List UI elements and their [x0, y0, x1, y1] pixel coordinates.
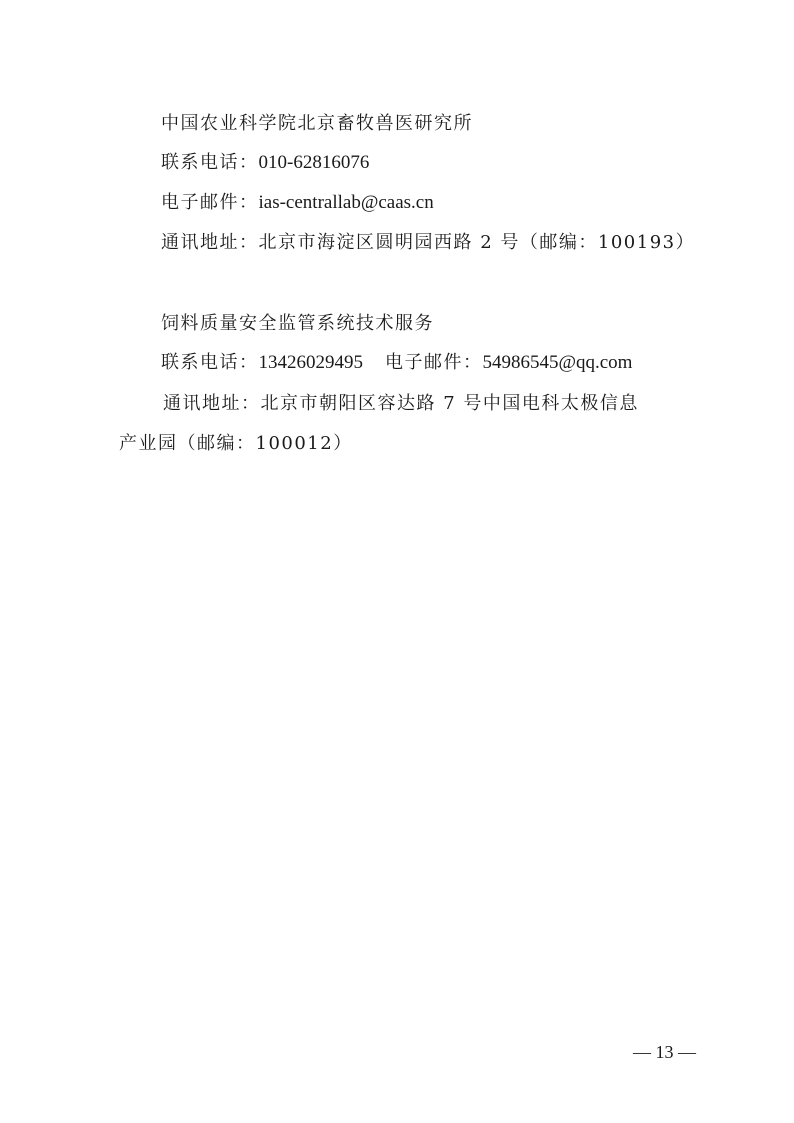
page-number: — 13 —: [633, 1040, 696, 1064]
org2-address-row: 通讯地址：北京市朝阳区容达路 7 号中国电科太极信息: [163, 392, 639, 416]
org2-phone: 13426029495: [259, 352, 364, 373]
org2-phone-label: 联系电话：: [161, 352, 259, 373]
org2-email: 54986545@qq.com: [483, 352, 633, 373]
org1-email-row: 电子邮件：ias-centrallab@caas.cn: [161, 191, 434, 215]
org2-address-label: 通讯地址：: [163, 393, 261, 414]
org2-address-line2: 产业园（邮编：100012）: [119, 432, 353, 456]
org1-phone-row: 联系电话：010-62816076: [161, 151, 369, 175]
org1-address: 北京市海淀区圆明园西路 2 号（邮编：100193）: [259, 232, 696, 253]
org2-address-line1: 北京市朝阳区容达路 7 号中国电科太极信息: [261, 393, 639, 414]
org1-email-label: 电子邮件：: [161, 192, 259, 213]
org1-address-label: 通讯地址：: [161, 232, 259, 253]
org1-address-row: 通讯地址：北京市海淀区圆明园西路 2 号（邮编：100193）: [161, 231, 695, 255]
org1-phone: 010-62816076: [259, 152, 370, 173]
org2-name: 饲料质量安全监管系统技术服务: [161, 312, 434, 336]
org1-phone-label: 联系电话：: [161, 152, 259, 173]
org2-contact-row: 联系电话：13426029495电子邮件：54986545@qq.com: [161, 351, 632, 375]
org1-name: 中国农业科学院北京畜牧兽医研究所: [161, 112, 473, 136]
org1-email: ias-centrallab@caas.cn: [259, 192, 434, 213]
org2-email-label: 电子邮件：: [385, 352, 483, 373]
